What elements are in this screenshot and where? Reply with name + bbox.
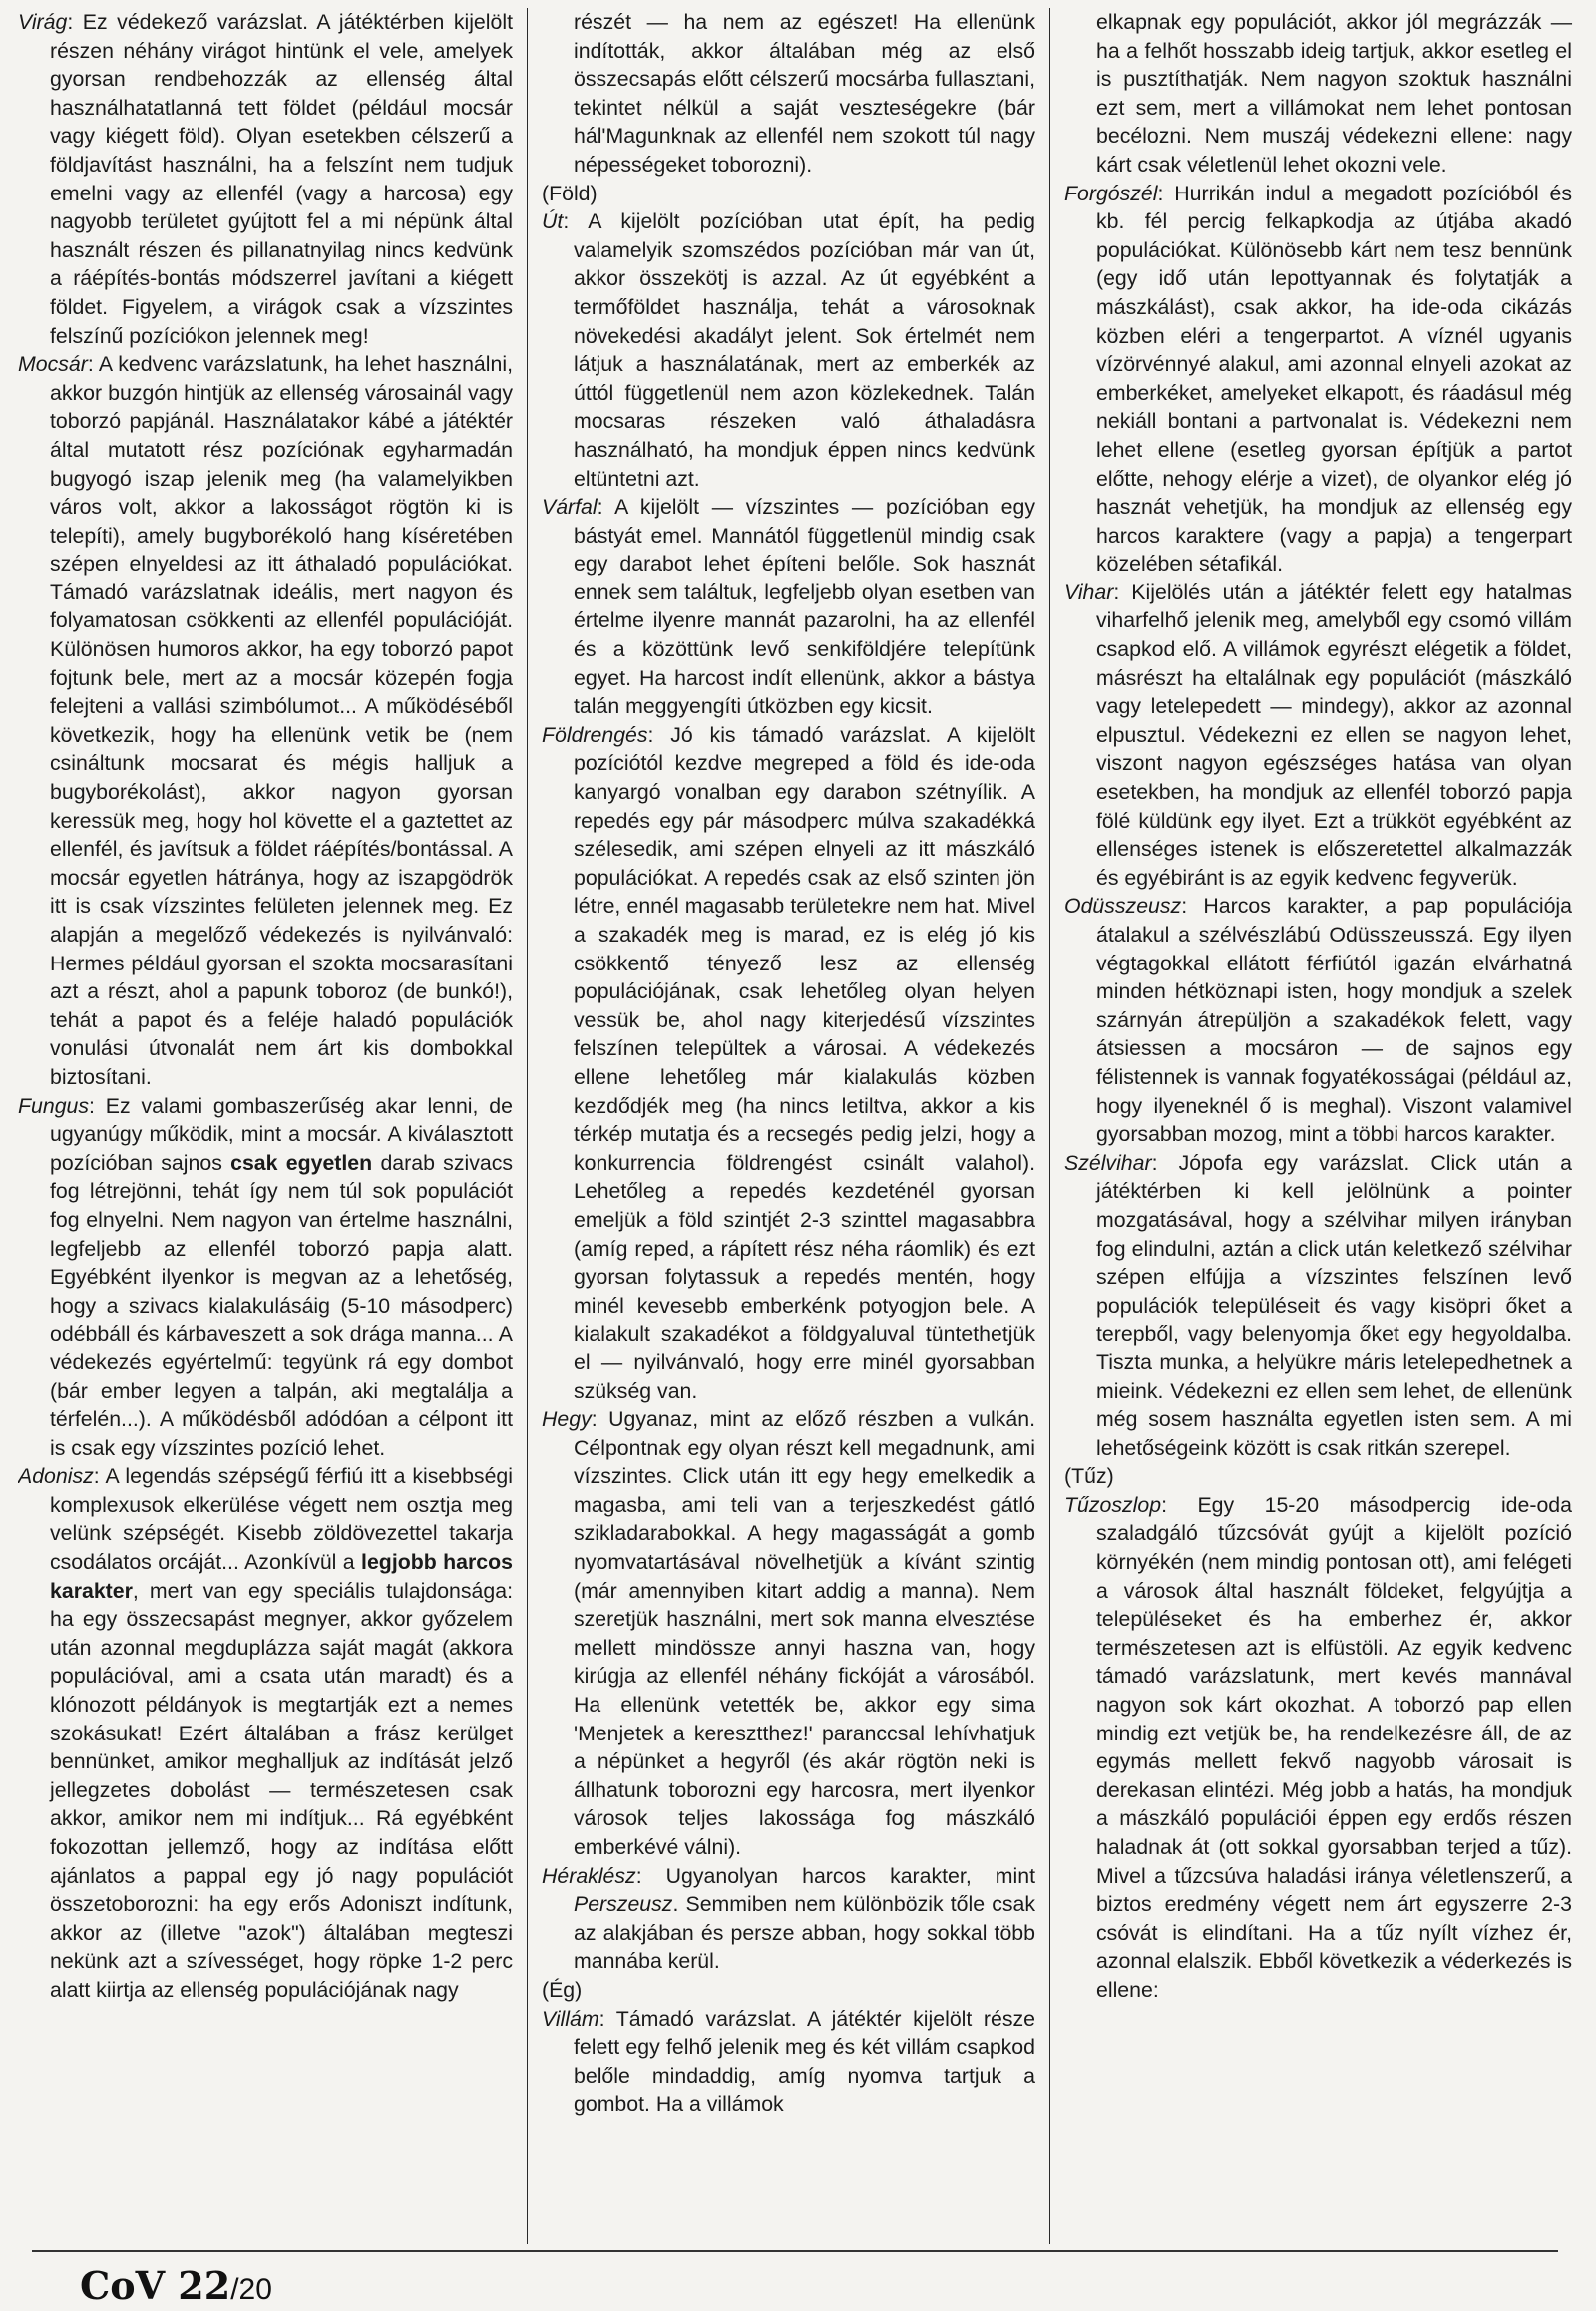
magazine-page: Virág: Ez védekező varázslat. A játéktér… [0,0,1596,2311]
entry-text: , mert van egy speciális tulajdonsága: h… [50,1579,513,2002]
entry-mocsar: Mocsár: A kedvenc varázslatunk, ha lehet… [18,350,513,1091]
magazine-issue-label: CoV 22 [80,2263,230,2308]
entry-term: Fungus [18,1094,89,1118]
continuation-text: elkapnak egy populációt, akkor jól megrá… [1064,8,1572,180]
entry-term: Forgószél [1064,182,1158,205]
article-columns: Virág: Ez védekező varázslat. A játéktér… [18,8,1576,2244]
entry-term: Földrengés [542,723,648,747]
entry-text: : Ugyanolyan harcos karakter, mint [636,1864,1035,1888]
entry-term: Hegy [542,1407,592,1431]
entry-villam: Villám: Támadó varázslat. A játéktér kij… [542,2005,1035,2118]
entry-text: : A kedvenc varázslatunk, ha lehet haszn… [50,352,513,1089]
section-heading-eg: (Ég) [542,1976,1035,2005]
entry-vihar: Vihar: Kijelölés után a játéktér felett … [1064,578,1572,893]
entry-term: Vihar [1064,580,1113,604]
entry-tuzoszlop: Tűzoszlop: Egy 15-20 másodpercig ide-oda… [1064,1491,1572,2005]
entry-text: : A kijelölt — vízszintes — pozícióban e… [574,495,1035,718]
entry-text: : Hurrikán indul a megadott pozícióból é… [1096,182,1572,577]
column-3: elkapnak egy populációt, akkor jól megrá… [1049,8,1576,2244]
entry-term: Virág [18,10,67,34]
entry-szelvihar: Szélvihar: Jópofa egy varázslat. Click u… [1064,1149,1572,1463]
column-1: Virág: Ez védekező varázslat. A játéktér… [18,8,527,2244]
page-number: /20 [230,2273,272,2306]
entry-varfal: Várfal: A kijelölt — vízszintes — pozíci… [542,493,1035,721]
entry-text: : Jó kis támadó varázslat. A kijelölt po… [574,723,1035,1403]
entry-text: : Egy 15-20 másodpercig ide-oda szaladgá… [1096,1493,1572,2002]
entry-term: Odüsszeusz [1064,894,1181,918]
entry-term: Héraklész [542,1864,636,1888]
entry-fungus: Fungus: Ez valami gombaszerűség akar len… [18,1092,513,1463]
entry-term: Út [542,209,563,233]
continuation-text: részét — ha nem az egészet! Ha ellenünk … [542,8,1035,180]
entry-text: : Kijelölés után a játéktér felett egy h… [1096,580,1572,890]
entry-term: Villám [542,2007,599,2031]
entry-ut: Út: A kijelölt pozícióban utat épít, ha … [542,207,1035,493]
section-heading-tuz: (Tűz) [1064,1462,1572,1491]
column-2: részét — ha nem az egészet! Ha ellenünk … [527,8,1049,2244]
entry-heraklesz: Héraklész: Ugyanolyan harcos karakter, m… [542,1862,1035,1976]
entry-term: Adonisz [18,1464,94,1488]
entry-term: Várfal [542,495,598,519]
entry-italic-ref: Perszeusz [574,1892,672,1916]
entry-text: darab szivacs fog létrejönni, tehát így … [50,1151,513,1460]
entry-adonisz: Adonisz: A legendás szépségű férfiú itt … [18,1462,513,2004]
entry-text: : Harcos karakter, a pap populációja áta… [1096,894,1572,1146]
section-heading-fold: (Föld) [542,180,1035,208]
page-footer: CoV 22/20 [80,2264,272,2311]
entry-term: Szélvihar [1064,1151,1152,1175]
entry-emphasis: csak egyetlen [230,1151,372,1175]
entry-text: : Jópofa egy varázslat. Click után a ját… [1096,1151,1572,1460]
entry-text: : Ez védekező varázslat. A játéktérben k… [50,10,513,348]
entry-term: Mocsár [18,352,88,376]
footer-rule [32,2250,1558,2252]
entry-foldrenges: Földrengés: Jó kis támadó varázslat. A k… [542,721,1035,1405]
entry-text: : Ugyanaz, mint az előző részben a vulká… [574,1407,1035,1859]
entry-text: : A kijelölt pozícióban utat épít, ha pe… [563,209,1035,490]
entry-text: : Támadó varázslat. A játéktér kijelölt … [574,2007,1035,2117]
entry-hegy: Hegy: Ugyanaz, mint az előző részben a v… [542,1405,1035,1862]
entry-virag: Virág: Ez védekező varázslat. A játéktér… [18,8,513,350]
entry-forgoszel: Forgószél: Hurrikán indul a megadott poz… [1064,180,1572,578]
entry-term: Tűzoszlop [1064,1493,1161,1517]
entry-odusszeusz: Odüsszeusz: Harcos karakter, a pap popul… [1064,892,1572,1148]
